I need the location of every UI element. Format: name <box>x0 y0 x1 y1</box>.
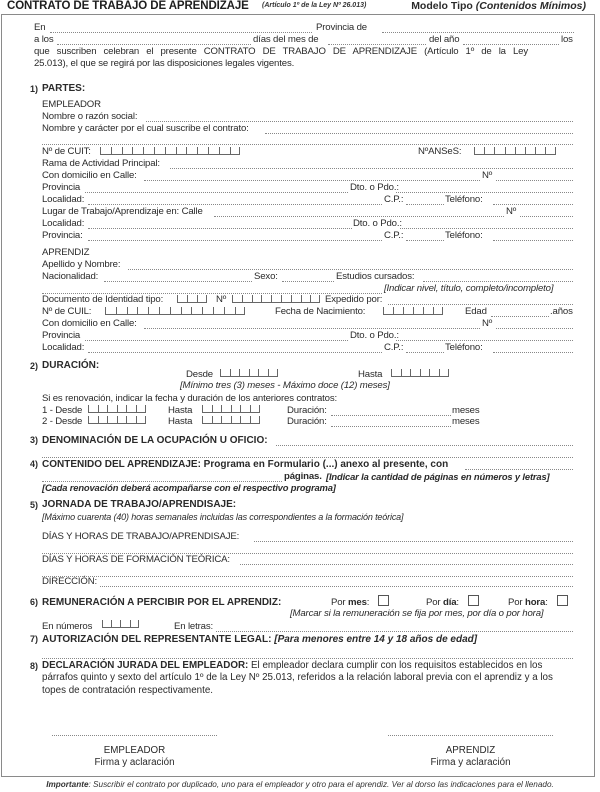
section-2-number: 2) <box>30 361 38 371</box>
char-box[interactable] <box>232 295 242 303</box>
char-box[interactable] <box>235 307 246 315</box>
section-4-title: CONTENIDO DEL APRENDIZAJE: Programa en F… <box>42 459 448 470</box>
char-box[interactable] <box>186 147 197 155</box>
char-box[interactable] <box>102 620 111 628</box>
char-box[interactable] <box>525 147 535 155</box>
emp-cp-field[interactable] <box>406 195 444 205</box>
nacionalidad-field[interactable] <box>104 272 252 282</box>
char-box[interactable] <box>111 147 122 155</box>
lugar-trabajo-field[interactable] <box>214 207 504 217</box>
document-header: CONTRATO DE TRABAJO DE APRENDIZAJE (Artí… <box>0 0 600 14</box>
doc-tipo-label: Documento de Identidad tipo: <box>42 294 163 306</box>
char-box[interactable] <box>240 416 250 424</box>
section-7-title-text: AUTORIZACIÓN DEL REPRESENTANTE LEGAL: <box>42 634 271 645</box>
remuneracion-hint: [Marcar si la remuneración se fija por m… <box>290 608 543 620</box>
apr-localidad-field[interactable] <box>88 343 382 353</box>
emp-dto-field[interactable] <box>396 183 573 193</box>
char-box[interactable] <box>126 416 136 424</box>
razon-social-label: Nombre o razón social: <box>42 111 137 123</box>
intro-a-los-label: a los <box>34 34 54 46</box>
char-box[interactable] <box>242 295 252 303</box>
declaracion-jurada: DECLARACIÓN JURADA DEL EMPLEADOR: El emp… <box>42 660 572 697</box>
intro-provincia-field[interactable] <box>382 23 574 33</box>
nombre-caracter-label: Nombre y carácter por el cual suscribe e… <box>42 123 249 135</box>
footer-note: Importante: Suscribir el contrato por du… <box>0 780 600 789</box>
char-box[interactable] <box>239 369 249 377</box>
char-box[interactable] <box>439 369 449 377</box>
por-dia-colon: : <box>456 597 459 608</box>
cuit-label: Nº de CUIT: <box>42 146 91 158</box>
dias-trabajo-label: DÍAS Y HORAS DE TRABAJO/APRENDISAJE: <box>42 531 239 543</box>
paginas-field[interactable] <box>465 460 573 470</box>
apr-domicilio-field[interactable] <box>144 319 480 329</box>
char-box[interactable] <box>136 405 146 413</box>
lugar-provincia-field[interactable] <box>88 231 382 241</box>
apr-dto-field[interactable] <box>396 331 573 341</box>
section-3-number: 3) <box>30 435 38 445</box>
sexo-label: Sexo: <box>254 271 278 283</box>
char-box[interactable] <box>187 295 197 303</box>
char-box[interactable] <box>535 147 545 155</box>
anses-label: NºANSeS: <box>418 146 461 158</box>
duracion-desde-boxes[interactable] <box>220 369 278 377</box>
lugar-dto-field[interactable] <box>400 219 573 229</box>
char-box[interactable] <box>159 307 170 315</box>
char-box[interactable] <box>281 295 291 303</box>
char-box[interactable] <box>515 147 525 155</box>
char-box[interactable] <box>197 147 208 155</box>
empleador-signature-line[interactable] <box>52 735 217 736</box>
ocupacion-field[interactable] <box>276 436 573 446</box>
char-box[interactable] <box>202 405 212 413</box>
lugar-telefono-label: Teléfono: <box>445 230 483 242</box>
apellido-nombre-label: Apellido y Nombre: <box>42 259 120 271</box>
fecha-nac-label: Fecha de Nacimiento: <box>275 306 365 318</box>
char-box[interactable] <box>231 416 241 424</box>
doc-nro-boxes[interactable] <box>232 295 320 303</box>
char-box[interactable] <box>197 295 207 303</box>
por-mes-checkbox[interactable] <box>378 595 389 606</box>
char-box[interactable] <box>268 369 278 377</box>
edad-field[interactable] <box>491 307 549 317</box>
char-box[interactable] <box>474 147 484 155</box>
emp-localidad-field[interactable] <box>88 195 382 205</box>
char-box[interactable] <box>120 620 129 628</box>
char-box[interactable] <box>143 147 154 155</box>
empleador-signature-label: EMPLEADOR Firma y aclaración <box>52 745 217 769</box>
rama-field[interactable] <box>170 159 573 169</box>
lugar-telefono-field[interactable] <box>493 231 573 241</box>
por-hora-colon: : <box>545 597 548 608</box>
duracion-hasta-boxes[interactable] <box>391 369 449 377</box>
char-box[interactable] <box>132 147 143 155</box>
section-2-title: DURACIÓN: <box>42 360 99 371</box>
char-box[interactable] <box>484 147 494 155</box>
sexo-field[interactable] <box>282 272 334 282</box>
anios-label: .años <box>550 306 573 318</box>
char-box[interactable] <box>202 416 212 424</box>
por-dia-word: día <box>443 597 456 608</box>
nombre-caracter-field-2[interactable] <box>42 135 573 145</box>
char-box[interactable] <box>403 307 413 315</box>
estudios-label: Estudios cursados: <box>336 271 414 283</box>
char-box[interactable] <box>240 405 250 413</box>
apellido-nombre-field[interactable] <box>128 260 573 270</box>
char-box[interactable] <box>401 369 411 377</box>
section-5-number: 5) <box>30 500 38 510</box>
char-box[interactable] <box>250 405 260 413</box>
lugar-cp-field[interactable] <box>406 231 444 241</box>
section-7-number: 7) <box>30 634 38 644</box>
char-box[interactable] <box>413 307 423 315</box>
char-box[interactable] <box>310 295 320 303</box>
intro-city-field[interactable] <box>50 23 312 33</box>
char-box[interactable] <box>221 416 231 424</box>
lugar-trabajo-label: Lugar de Trabajo/Aprendizaje en: Calle <box>42 206 203 218</box>
en-letras-field[interactable] <box>216 622 573 632</box>
direccion-label: DIRECCIÓN: <box>42 576 97 588</box>
cuil-label: Nº de CUIL: <box>42 306 91 318</box>
emp-domicilio-field[interactable] <box>144 171 480 181</box>
dias-trabajo-field-2[interactable] <box>42 544 573 554</box>
char-box[interactable] <box>505 147 515 155</box>
ocupacion-field-2[interactable] <box>42 448 573 458</box>
char-box[interactable] <box>249 369 259 377</box>
lugar-dto-label: Dto. o Pdo.: <box>353 218 402 230</box>
intro-sentence-1: que suscriben celebran el presente CONTR… <box>34 46 528 58</box>
section-6-title: REMUNERACIÓN A PERCIBIR POR EL APRENDIZ: <box>42 597 281 608</box>
char-box[interactable] <box>231 405 241 413</box>
emp-domicilio-label: Con domicilio en Calle: <box>42 170 137 182</box>
emp-cp-label: C.P.: <box>384 194 403 206</box>
intro-dias-field[interactable] <box>57 35 251 45</box>
char-box[interactable] <box>224 307 235 315</box>
char-box[interactable] <box>191 307 202 315</box>
char-box[interactable] <box>170 307 181 315</box>
dias-teorica-field-2[interactable] <box>42 567 573 577</box>
apr-domicilio-label: Con domicilio en Calle: <box>42 318 137 330</box>
en-numeros-label: En números <box>42 621 92 633</box>
char-box[interactable] <box>391 369 401 377</box>
char-box[interactable] <box>433 307 443 315</box>
aprendiz-signature-label: APRENDIZ Firma y aclaración <box>388 745 553 769</box>
empleador-signature-role: EMPLEADOR <box>52 745 217 757</box>
section-3-title: DENOMINACIÓN DE LA OCUPACIÓN U OFICIO: <box>42 435 268 446</box>
apr-cp-field[interactable] <box>406 343 444 353</box>
r1-desde-boxes[interactable] <box>88 405 146 413</box>
r1-hasta-boxes[interactable] <box>202 405 260 413</box>
char-box[interactable] <box>105 307 116 315</box>
aprendiz-heading: APRENDIZ <box>42 247 89 259</box>
intro-mes-label: días del mes de <box>253 34 318 46</box>
char-box[interactable] <box>154 147 165 155</box>
apr-cp-label: C.P.: <box>384 342 403 354</box>
en-letras-label: En letras: <box>174 621 213 633</box>
apr-provincia-field[interactable] <box>85 331 348 341</box>
emp-telefono-field[interactable] <box>493 195 573 205</box>
jornada-hint: [Máximo cuarenta (40) horas semanales in… <box>42 511 403 523</box>
aprendiz-signature-caption: Firma y aclaración <box>388 757 553 769</box>
footer-text: : Suscribir el contrato por duplicado, u… <box>89 780 554 789</box>
section-4-number: 4) <box>30 459 38 469</box>
char-box[interactable] <box>136 416 146 424</box>
renovacion-label: Si es renovación, indicar la fecha y dur… <box>42 393 337 405</box>
char-box[interactable] <box>117 416 127 424</box>
dias-teorica-field[interactable] <box>240 555 573 565</box>
nacionalidad-label: Nacionalidad: <box>42 271 98 283</box>
direccion-field[interactable] <box>100 577 573 587</box>
r2-duracion-field[interactable] <box>331 417 451 427</box>
lugar-localidad-field[interactable] <box>88 219 352 229</box>
aprendiz-signature-line[interactable] <box>388 735 553 736</box>
r2-duracion-label: Duración: <box>287 416 327 428</box>
char-box[interactable] <box>208 147 219 155</box>
char-box[interactable] <box>88 416 98 424</box>
duracion-hint: [Mínimo tres (3) meses - Máximo doce (12… <box>180 380 390 392</box>
lugar-nro-field[interactable] <box>520 207 573 217</box>
section-7-title: AUTORIZACIÓN DEL REPRESENTANTE LEGAL: [P… <box>42 634 477 645</box>
model-label: Modelo Tipo (Contenidos Mínimos) <box>411 0 586 12</box>
por-mes-word: mes <box>348 597 367 608</box>
document-title: CONTRATO DE TRABAJO DE APRENDIZAJE <box>7 0 249 12</box>
char-box[interactable] <box>494 147 504 155</box>
char-box[interactable] <box>291 295 301 303</box>
section-1-title: PARTES: <box>42 83 85 94</box>
emp-nro-label: Nº <box>482 170 492 182</box>
apr-telefono-label: Teléfono: <box>445 342 483 354</box>
edad-label: Edad <box>465 306 487 318</box>
r2-desde-label: 2 - Desde <box>42 416 82 428</box>
char-box[interactable] <box>165 147 176 155</box>
r2-hasta-boxes[interactable] <box>202 416 260 424</box>
r2-desde-boxes[interactable] <box>88 416 146 424</box>
char-box[interactable] <box>252 295 262 303</box>
section-4-text: Programa en Formulario (...) anexo al pr… <box>201 459 448 470</box>
model-prefix: Modelo Tipo <box>411 0 476 12</box>
char-box[interactable] <box>107 405 117 413</box>
estudios-field[interactable] <box>423 272 573 282</box>
paginas-hint: [Indicar la cantidad de páginas en númer… <box>326 471 550 483</box>
char-box[interactable] <box>230 369 240 377</box>
por-mes-colon: : <box>367 597 370 608</box>
char-box[interactable] <box>250 416 260 424</box>
r2-hasta-label: Hasta <box>168 416 192 428</box>
doc-nro-label: Nº <box>216 294 226 306</box>
empleador-signature-caption: Firma y aclaración <box>52 757 217 769</box>
apr-provincia-label: Provincia <box>42 330 80 342</box>
emp-provincia-label: Provincia <box>42 182 80 194</box>
char-box[interactable] <box>202 307 213 315</box>
char-box[interactable] <box>148 307 159 315</box>
razon-social-field[interactable] <box>146 112 573 122</box>
char-box[interactable] <box>410 369 420 377</box>
char-box[interactable] <box>212 416 222 424</box>
section-1-number: 1) <box>30 84 38 94</box>
lugar-cp-label: C.P.: <box>384 230 403 242</box>
emp-dto-label: Dto. o Pdo.: <box>350 182 399 194</box>
char-box[interactable] <box>100 147 111 155</box>
lugar-provincia-label: Provincia: <box>42 230 83 242</box>
cuil-boxes[interactable] <box>105 307 245 315</box>
por-dia-checkbox[interactable] <box>468 595 479 606</box>
char-box[interactable] <box>221 405 231 413</box>
intro-anio-field[interactable] <box>463 35 559 45</box>
section-4-title-text: CONTENIDO DEL APRENDIZAJE: <box>42 459 201 470</box>
emp-telefono-label: Teléfono: <box>445 194 483 206</box>
char-box[interactable] <box>127 307 138 315</box>
dias-trabajo-field[interactable] <box>254 532 573 542</box>
char-box[interactable] <box>111 620 120 628</box>
por-dia-prefix: Por <box>426 597 443 608</box>
cuit-boxes[interactable] <box>100 147 240 155</box>
apr-nro-field[interactable] <box>496 319 573 329</box>
char-box[interactable] <box>177 295 187 303</box>
estudios-field-2[interactable] <box>42 284 382 294</box>
footer-importante: Importante <box>46 780 88 789</box>
model-italic: (Contenidos Mínimos) <box>476 0 586 12</box>
expedido-field[interactable] <box>388 295 573 305</box>
fecha-nac-boxes[interactable] <box>383 307 443 315</box>
dias-teorica-label: DÍAS Y HORAS DE FORMACIÓN TEÓRICA: <box>42 554 230 566</box>
emp-localidad-label: Localidad: <box>42 194 84 206</box>
char-box[interactable] <box>212 405 222 413</box>
en-numeros-boxes[interactable] <box>102 620 139 628</box>
char-box[interactable] <box>261 295 271 303</box>
apr-localidad-label: Localidad: <box>42 342 84 354</box>
char-box[interactable] <box>107 416 117 424</box>
char-box[interactable] <box>258 369 268 377</box>
char-box[interactable] <box>98 416 108 424</box>
char-box[interactable] <box>420 369 430 377</box>
section-6-number: 6) <box>30 597 38 607</box>
intro-anio-label: del año <box>429 34 459 46</box>
nombre-caracter-field[interactable] <box>265 124 573 134</box>
emp-provincia-field[interactable] <box>85 183 348 193</box>
char-box[interactable] <box>393 307 403 315</box>
intro-sentence-2: 25.013), el que se regirá por las dispos… <box>34 58 294 70</box>
char-box[interactable] <box>230 147 241 155</box>
empleador-heading: EMPLEADOR <box>42 99 101 111</box>
char-box[interactable] <box>130 620 139 628</box>
lugar-nro-label: Nº <box>506 206 516 218</box>
section-7-hint: [Para menores entre 14 y 18 años de edad… <box>274 634 477 645</box>
char-box[interactable] <box>423 307 433 315</box>
section-8-title: DECLARACIÓN JURADA DEL EMPLEADOR: <box>42 660 248 671</box>
por-hora-checkbox[interactable] <box>557 595 568 606</box>
apr-nro-label: Nº <box>482 318 492 330</box>
aprendiz-signature-role: APRENDIZ <box>388 745 553 757</box>
char-box[interactable] <box>181 307 192 315</box>
char-box[interactable] <box>116 307 127 315</box>
char-box[interactable] <box>117 405 127 413</box>
char-box[interactable] <box>301 295 311 303</box>
document-subtitle: (Artículo 1º de la Ley Nº 26.013) <box>262 2 366 9</box>
char-box[interactable] <box>98 405 108 413</box>
char-box[interactable] <box>137 307 148 315</box>
intro-mes-field[interactable] <box>328 35 426 45</box>
por-mes-prefix: Por <box>331 597 348 608</box>
apr-telefono-field[interactable] <box>493 343 573 353</box>
rama-label: Rama de Actividad Principal: <box>42 158 160 170</box>
char-box[interactable] <box>429 369 439 377</box>
char-box[interactable] <box>88 405 98 413</box>
char-box[interactable] <box>219 147 230 155</box>
lugar-localidad-label: Localidad: <box>42 218 84 230</box>
por-hora-word: hora <box>525 597 545 608</box>
char-box[interactable] <box>122 147 133 155</box>
intro-provincia-label: Provincia de <box>316 22 367 34</box>
r1-duracion-field[interactable] <box>331 406 451 416</box>
r2-meses-label: meses <box>452 416 480 428</box>
char-box[interactable] <box>271 295 281 303</box>
char-box[interactable] <box>126 405 136 413</box>
char-box[interactable] <box>383 307 393 315</box>
paginas-field-2[interactable] <box>42 472 282 482</box>
autorizacion-field[interactable] <box>42 649 573 659</box>
por-hora-prefix: Por <box>508 597 525 608</box>
char-box[interactable] <box>176 147 187 155</box>
anses-boxes[interactable] <box>474 147 556 155</box>
emp-nro-field[interactable] <box>496 171 573 181</box>
char-box[interactable] <box>545 147 555 155</box>
intro-en-label: En <box>34 22 45 34</box>
section-5-title: JORNADA DE TRABAJO/APRENDISAJE: <box>42 499 236 510</box>
expedido-label: Expedido por: <box>325 294 382 306</box>
section-8-number: 8) <box>30 661 38 671</box>
apr-dto-label: Dto. o Pdo.: <box>350 330 399 342</box>
char-box[interactable] <box>213 307 224 315</box>
doc-tipo-boxes[interactable] <box>177 295 207 303</box>
estudios-hint: [Indicar nivel, título, completo/incompl… <box>384 283 553 295</box>
intro-los-label: los <box>561 34 573 46</box>
renovacion-programa-hint: [Cada renovación deberá acompañarse con … <box>42 482 336 494</box>
char-box[interactable] <box>220 369 230 377</box>
